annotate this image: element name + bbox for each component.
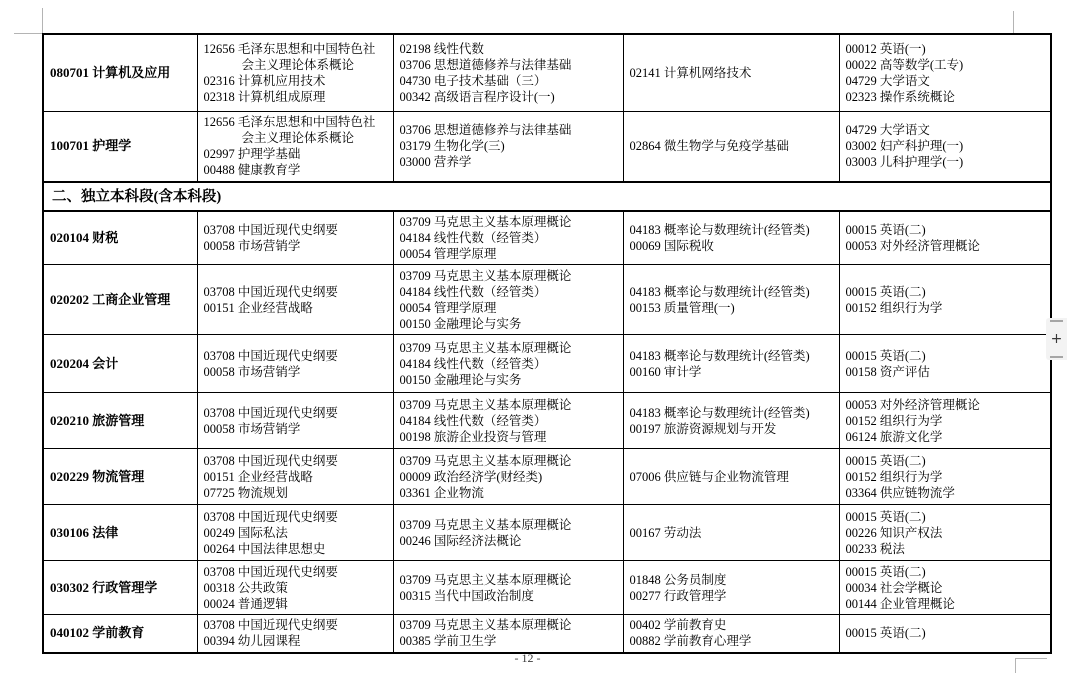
course-item: 00015 英语(二) <box>846 348 1045 364</box>
program-row: 040102 学前教育03708 中国近现代史纲要00394 幼儿园课程0370… <box>43 615 1051 653</box>
courses-cell-slot-4: 00012 英语(一)00022 高等数学(工专)04729 大学语文02323… <box>839 34 1051 111</box>
course-item: 00034 社会学概论 <box>846 580 1045 596</box>
course-item: 03709 马克思主义基本原理概论 <box>400 572 617 588</box>
program-cell: 020210 旅游管理 <box>43 393 197 449</box>
courses-cell-slot-2: 03709 马克思主义基本原理概论00385 学前卫生学 <box>393 615 623 653</box>
courses-cell-slot-2: 03709 马克思主义基本原理概论04184 线性代数（经管类）00054 管理… <box>393 265 623 335</box>
course-item: 03000 营养学 <box>400 154 617 170</box>
course-item: 02141 计算机网络技术 <box>630 65 833 81</box>
program-cell: 020104 财税 <box>43 211 197 265</box>
course-item: 00488 健康教育学 <box>204 162 387 178</box>
courses-cell-slot-1: 03708 中国近现代史纲要00318 公共政策00024 普通逻辑 <box>197 561 393 615</box>
plus-icon: + <box>1051 332 1063 346</box>
course-item: 04184 线性代数（经管类） <box>400 356 617 372</box>
courses-cell-slot-1: 12656 毛泽东思想和中国特色社会主义理论体系概论02316 计算机应用技术0… <box>197 34 393 111</box>
course-item: 00264 中国法律思想史 <box>204 541 387 557</box>
program-cell: 100701 护理学 <box>43 111 197 182</box>
program-row: 100701 护理学12656 毛泽东思想和中国特色社会主义理论体系概论0299… <box>43 111 1051 182</box>
course-item: 00160 审计学 <box>630 364 833 380</box>
courses-cell-slot-2: 03709 马克思主义基本原理概论00246 国际经济法概论 <box>393 505 623 561</box>
handle-top-bar <box>1050 320 1063 322</box>
course-item: 02864 微生物学与免疫学基础 <box>630 138 833 154</box>
course-item: 03003 儿科护理学(一) <box>846 154 1045 170</box>
course-item: 02997 护理学基础 <box>204 146 387 162</box>
course-item: 12656 毛泽东思想和中国特色社会主义理论体系概论 <box>204 114 387 146</box>
course-item: 00226 知识产权法 <box>846 525 1045 541</box>
course-item: 00277 行政管理学 <box>630 588 833 604</box>
program-cell: 020229 物流管理 <box>43 449 197 505</box>
course-item: 03708 中国近现代史纲要 <box>204 405 387 421</box>
section-header-row: 二、独立本科段(含本科段) <box>43 182 1051 211</box>
boundary-mark-top-right-v <box>1013 11 1014 33</box>
course-item: 06124 旅游文化学 <box>846 429 1045 445</box>
courses-cell-slot-1: 03708 中国近现代史纲要00058 市场营销学 <box>197 211 393 265</box>
courses-cell-slot-3: 00167 劳动法 <box>623 505 839 561</box>
course-item: 03364 供应链物流学 <box>846 485 1045 501</box>
program-cell: 020204 会计 <box>43 335 197 393</box>
course-item: 00385 学前卫生学 <box>400 633 617 649</box>
program-row: 030106 法律03708 中国近现代史纲要00249 国际私法00264 中… <box>43 505 1051 561</box>
course-item: 00151 企业经营战略 <box>204 469 387 485</box>
course-item: 00058 市场营销学 <box>204 238 387 254</box>
course-item: 00053 对外经济管理概论 <box>846 238 1045 254</box>
course-item: 03708 中国近现代史纲要 <box>204 564 387 580</box>
course-item: 03708 中国近现代史纲要 <box>204 509 387 525</box>
course-item: 00158 资产评估 <box>846 364 1045 380</box>
course-item: 00402 学前教育史 <box>630 617 833 633</box>
course-item: 07006 供应链与企业物流管理 <box>630 469 833 485</box>
course-item: 00015 英语(二) <box>846 509 1045 525</box>
course-item: 03002 妇产科护理(一) <box>846 138 1045 154</box>
course-item: 03179 生物化学(三) <box>400 138 617 154</box>
courses-cell-slot-4: 00015 英语(二)00152 组织行为学 <box>839 265 1051 335</box>
course-item: 00152 组织行为学 <box>846 300 1045 316</box>
course-item: 03708 中国近现代史纲要 <box>204 284 387 300</box>
program-row: 020202 工商企业管理03708 中国近现代史纲要00151 企业经营战略0… <box>43 265 1051 335</box>
course-item: 04183 概率论与数理统计(经管类) <box>630 405 833 421</box>
course-item: 00315 当代中国政治制度 <box>400 588 617 604</box>
course-item: 04183 概率论与数理统计(经管类) <box>630 348 833 364</box>
course-item: 03709 马克思主义基本原理概论 <box>400 517 617 533</box>
courses-cell-slot-2: 03709 马克思主义基本原理概论00009 政治经济学(财经类)03361 企… <box>393 449 623 505</box>
course-item: 00069 国际税收 <box>630 238 833 254</box>
section-title: 二、独立本科段(含本科段) <box>43 182 1051 211</box>
course-item: 02323 操作系统概论 <box>846 89 1045 105</box>
program-cell: 080701 计算机及应用 <box>43 34 197 111</box>
course-item: 07725 物流规划 <box>204 485 387 501</box>
courses-cell-slot-3: 02864 微生物学与免疫学基础 <box>623 111 839 182</box>
program-cell: 030106 法律 <box>43 505 197 561</box>
course-item: 04729 大学语文 <box>846 122 1045 138</box>
courses-cell-slot-4: 04729 大学语文03002 妇产科护理(一)03003 儿科护理学(一) <box>839 111 1051 182</box>
page-number: - 12 - <box>0 651 1055 666</box>
program-row: 020229 物流管理03708 中国近现代史纲要00151 企业经营战略077… <box>43 449 1051 505</box>
courses-cell-slot-1: 03708 中国近现代史纲要00151 企业经营战略 <box>197 265 393 335</box>
course-item: 02316 计算机应用技术 <box>204 73 387 89</box>
courses-cell-slot-3: 00402 学前教育史00882 学前教育心理学 <box>623 615 839 653</box>
course-item: 03706 思想道德修养与法律基础 <box>400 57 617 73</box>
course-item: 03709 马克思主义基本原理概论 <box>400 453 617 469</box>
course-item: 00152 组织行为学 <box>846 413 1045 429</box>
exam-schedule-table: 080701 计算机及应用12656 毛泽东思想和中国特色社会主义理论体系概论0… <box>42 33 1052 654</box>
courses-cell-slot-4: 00015 英语(二)00053 对外经济管理概论 <box>839 211 1051 265</box>
course-item: 00054 管理学原理 <box>400 300 617 316</box>
course-item: 00024 普通逻辑 <box>204 596 387 612</box>
program-row: 030302 行政管理学03708 中国近现代史纲要00318 公共政策0002… <box>43 561 1051 615</box>
course-item: 00882 学前教育心理学 <box>630 633 833 649</box>
courses-cell-slot-1: 03708 中国近现代史纲要00058 市场营销学 <box>197 393 393 449</box>
courses-cell-slot-4: 00015 英语(二)00034 社会学概论00144 企业管理概论 <box>839 561 1051 615</box>
course-item: 00012 英语(一) <box>846 41 1045 57</box>
courses-cell-slot-3: 04183 概率论与数理统计(经管类)00069 国际税收 <box>623 211 839 265</box>
course-item: 00150 金融理论与实务 <box>400 372 617 388</box>
course-item: 00151 企业经营战略 <box>204 300 387 316</box>
plus-scroll-handle[interactable]: + <box>1046 318 1067 360</box>
course-item: 00394 幼儿园课程 <box>204 633 387 649</box>
courses-cell-slot-2: 02198 线性代数03706 思想道德修养与法律基础04730 电子技术基础（… <box>393 34 623 111</box>
courses-cell-slot-4: 00015 英语(二)00226 知识产权法00233 税法 <box>839 505 1051 561</box>
course-item: 04184 线性代数（经管类） <box>400 413 617 429</box>
program-row: 020104 财税03708 中国近现代史纲要00058 市场营销学03709 … <box>43 211 1051 265</box>
courses-cell-slot-2: 03706 思想道德修养与法律基础03179 生物化学(三)03000 营养学 <box>393 111 623 182</box>
handle-bottom-bar <box>1050 356 1063 358</box>
course-item: 00053 对外经济管理概论 <box>846 397 1045 413</box>
courses-cell-slot-3: 01848 公务员制度00277 行政管理学 <box>623 561 839 615</box>
course-item: 03708 中国近现代史纲要 <box>204 617 387 633</box>
course-item: 03708 中国近现代史纲要 <box>204 222 387 238</box>
courses-cell-slot-1: 03708 中国近现代史纲要00249 国际私法00264 中国法律思想史 <box>197 505 393 561</box>
course-item: 00144 企业管理概论 <box>846 596 1045 612</box>
program-row: 020204 会计03708 中国近现代史纲要00058 市场营销学03709 … <box>43 335 1051 393</box>
courses-cell-slot-4: 00015 英语(二) <box>839 615 1051 653</box>
course-item: 00054 管理学原理 <box>400 246 617 262</box>
course-item: 04184 线性代数（经管类） <box>400 230 617 246</box>
courses-cell-slot-3: 04183 概率论与数理统计(经管类)00160 审计学 <box>623 335 839 393</box>
program-cell: 040102 学前教育 <box>43 615 197 653</box>
program-row: 020210 旅游管理03708 中国近现代史纲要00058 市场营销学0370… <box>43 393 1051 449</box>
course-item: 00009 政治经济学(财经类) <box>400 469 617 485</box>
course-item: 00318 公共政策 <box>204 580 387 596</box>
courses-cell-slot-1: 03708 中国近现代史纲要00151 企业经营战略07725 物流规划 <box>197 449 393 505</box>
course-item: 00015 英语(二) <box>846 625 1045 641</box>
course-item: 03361 企业物流 <box>400 485 617 501</box>
courses-cell-slot-1: 03708 中国近现代史纲要00058 市场营销学 <box>197 335 393 393</box>
course-item: 00233 税法 <box>846 541 1045 557</box>
course-item: 00167 劳动法 <box>630 525 833 541</box>
course-item: 00153 质量管理(一) <box>630 300 833 316</box>
courses-cell-slot-4: 00053 对外经济管理概论00152 组织行为学06124 旅游文化学 <box>839 393 1051 449</box>
course-item: 00246 国际经济法概论 <box>400 533 617 549</box>
courses-cell-slot-3: 02141 计算机网络技术 <box>623 34 839 111</box>
courses-cell-slot-4: 00015 英语(二)00158 资产评估 <box>839 335 1051 393</box>
course-item: 03709 马克思主义基本原理概论 <box>400 617 617 633</box>
course-item: 00015 英语(二) <box>846 222 1045 238</box>
course-item: 04183 概率论与数理统计(经管类) <box>630 222 833 238</box>
program-cell: 020202 工商企业管理 <box>43 265 197 335</box>
courses-cell-slot-3: 04183 概率论与数理统计(经管类)00153 质量管理(一) <box>623 265 839 335</box>
document-page: 080701 计算机及应用12656 毛泽东思想和中国特色社会主义理论体系概论0… <box>0 0 1067 673</box>
course-item: 01848 公务员制度 <box>630 572 833 588</box>
courses-cell-slot-2: 03709 马克思主义基本原理概论04184 线性代数（经管类）00198 旅游… <box>393 393 623 449</box>
courses-cell-slot-2: 03709 马克思主义基本原理概论00315 当代中国政治制度 <box>393 561 623 615</box>
program-row: 080701 计算机及应用12656 毛泽东思想和中国特色社会主义理论体系概论0… <box>43 34 1051 111</box>
course-item: 00015 英语(二) <box>846 453 1045 469</box>
course-item: 00015 英语(二) <box>846 284 1045 300</box>
courses-cell-slot-2: 03709 马克思主义基本原理概论04184 线性代数（经管类）00054 管理… <box>393 211 623 265</box>
course-item: 03709 马克思主义基本原理概论 <box>400 397 617 413</box>
courses-cell-slot-3: 04183 概率论与数理统计(经管类)00197 旅游资源规划与开发 <box>623 393 839 449</box>
course-item: 00015 英语(二) <box>846 564 1045 580</box>
course-item: 02318 计算机组成原理 <box>204 89 387 105</box>
course-item: 00022 高等数学(工专) <box>846 57 1045 73</box>
courses-cell-slot-1: 03708 中国近现代史纲要00394 幼儿园课程 <box>197 615 393 653</box>
program-cell: 030302 行政管理学 <box>43 561 197 615</box>
course-item: 12656 毛泽东思想和中国特色社会主义理论体系概论 <box>204 41 387 73</box>
course-item: 02198 线性代数 <box>400 41 617 57</box>
course-item: 03709 马克思主义基本原理概论 <box>400 214 617 230</box>
course-item: 00197 旅游资源规划与开发 <box>630 421 833 437</box>
course-item: 00152 组织行为学 <box>846 469 1045 485</box>
course-item: 04183 概率论与数理统计(经管类) <box>630 284 833 300</box>
courses-cell-slot-2: 03709 马克思主义基本原理概论04184 线性代数（经管类）00150 金融… <box>393 335 623 393</box>
course-item: 03708 中国近现代史纲要 <box>204 453 387 469</box>
course-item: 00249 国际私法 <box>204 525 387 541</box>
courses-cell-slot-1: 12656 毛泽东思想和中国特色社会主义理论体系概论02997 护理学基础004… <box>197 111 393 182</box>
course-item: 04729 大学语文 <box>846 73 1045 89</box>
course-item: 00150 金融理论与实务 <box>400 316 617 332</box>
course-item: 00058 市场营销学 <box>204 421 387 437</box>
course-item: 03708 中国近现代史纲要 <box>204 348 387 364</box>
course-item: 03709 马克思主义基本原理概论 <box>400 340 617 356</box>
courses-cell-slot-4: 00015 英语(二)00152 组织行为学03364 供应链物流学 <box>839 449 1051 505</box>
courses-cell-slot-3: 07006 供应链与企业物流管理 <box>623 449 839 505</box>
course-item: 00198 旅游企业投资与管理 <box>400 429 617 445</box>
course-item: 04730 电子技术基础（三） <box>400 73 617 89</box>
course-item: 00342 高级语言程序设计(一) <box>400 89 617 105</box>
course-item: 03709 马克思主义基本原理概论 <box>400 268 617 284</box>
course-item: 03706 思想道德修养与法律基础 <box>400 122 617 138</box>
course-item: 04184 线性代数（经管类） <box>400 284 617 300</box>
course-item: 00058 市场营销学 <box>204 364 387 380</box>
